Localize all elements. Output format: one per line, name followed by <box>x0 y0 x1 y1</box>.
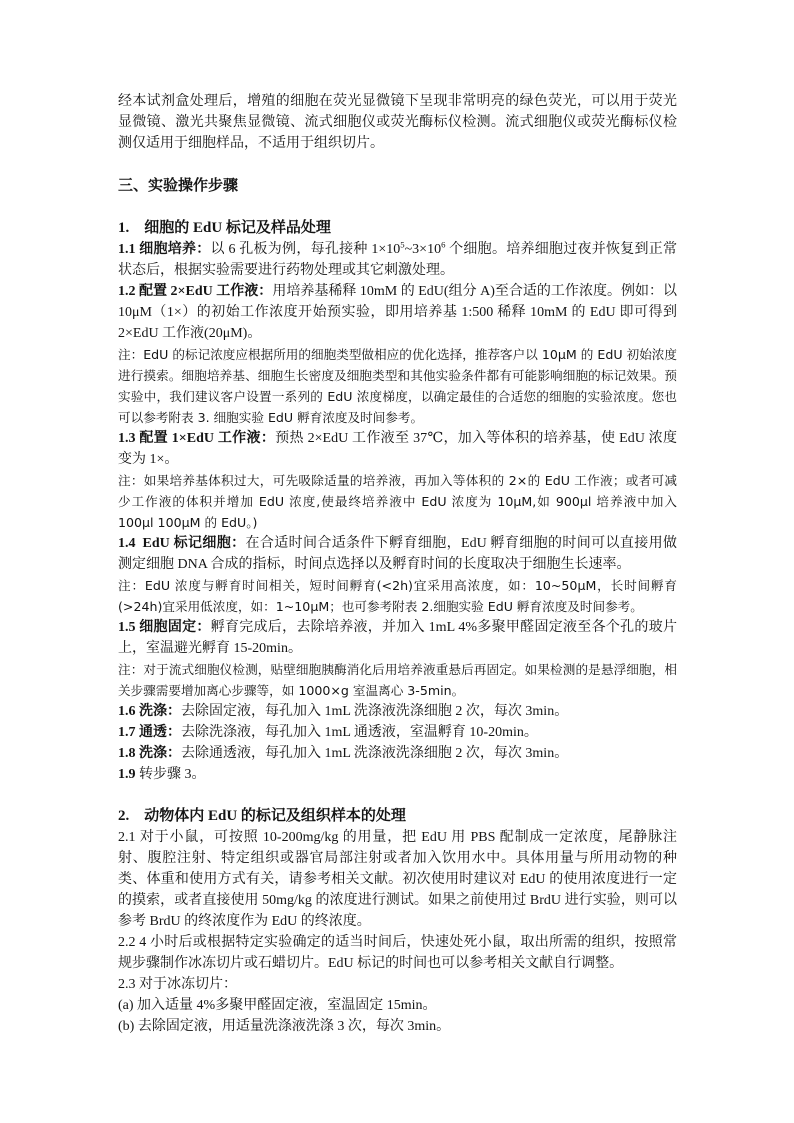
text-run: 以 6 孔板为例，每孔接种 1×10 <box>211 242 401 257</box>
body-paragraph: 2.3 对于冰冻切片： <box>118 974 677 995</box>
body-paragraph: 1.4 EdU 标记细胞：在合适时间合适条件下孵育细胞，EdU 孵育细胞的时间可… <box>118 533 677 575</box>
bold-run: 1.7 通透： <box>118 725 181 740</box>
text-run: (b) 去除固定液，用适量洗涤液洗涤 3 次，每次 3min。 <box>118 1019 450 1034</box>
bold-run: 1.3 配置 1×EdU 工作液： <box>118 431 275 446</box>
text-run: 注：如果培养基体积过大，可先吸除适量的培养液，再加入等体积的 2×的 EdU 工… <box>118 473 677 530</box>
body-paragraph: (b) 去除固定液，用适量洗涤液洗涤 3 次，每次 3min。 <box>118 1016 677 1037</box>
bold-run: 1.1 细胞培养： <box>118 242 211 257</box>
note-paragraph: 注：EdU 的标记浓度应根据所用的细胞类型做相应的优化选择，推荐客户以 10μM… <box>118 344 677 428</box>
document-body: 经本试剂盒处理后，增殖的细胞在荧光显微镜下呈现非常明亮的绿色荧光，可以用于荧光显… <box>118 91 677 1037</box>
bold-run: 三、实验操作步骤 <box>118 178 238 194</box>
text-run: 去除通透液，每孔加入 1mL 洗涤液洗涤细胞 2 次，每次 3min。 <box>181 746 568 761</box>
text-run: 注：EdU 的标记浓度应根据所用的细胞类型做相应的优化选择，推荐客户以 10μM… <box>118 347 677 425</box>
note-paragraph: 注：对于流式细胞仪检测，贴壁细胞胰酶消化后用培养液重悬后再固定。如果检测的是悬浮… <box>118 659 677 701</box>
text-run: 去除固定液，每孔加入 1mL 洗涤液洗涤细胞 2 次，每次 3min。 <box>181 704 568 719</box>
section-heading: 三、实验操作步骤 <box>118 176 677 197</box>
bold-run: 1.6 洗涤： <box>118 704 181 719</box>
subsection-heading: 2. 动物体内 EdU 的标记及组织样本的处理 <box>118 806 677 827</box>
text-run: 去除洗涤液，每孔加入 1mL 通透液，室温孵育 10-20min。 <box>181 725 538 740</box>
body-paragraph: 1.3 配置 1×EdU 工作液：预热 2×EdU 工作液至 37℃，加入等体积… <box>118 428 677 470</box>
body-paragraph: 1.5 细胞固定：孵育完成后，去除培养液，并加入 1mL 4%多聚甲醛固定液至各… <box>118 617 677 659</box>
note-paragraph: 注：EdU 浓度与孵育时间相关，短时间孵育(<2h)宜采用高浓度，如：10~50… <box>118 575 677 617</box>
body-paragraph: 2.1 对于小鼠，可按照 10-200mg/kg 的用量，把 EdU 用 PBS… <box>118 827 677 932</box>
body-paragraph: 2.2 4 小时后或根据特定实验确定的适当时间后，快速处死小鼠，取出所需的组织，… <box>118 932 677 974</box>
text-run: 2.2 4 小时后或根据特定实验确定的适当时间后，快速处死小鼠，取出所需的组织，… <box>118 935 677 971</box>
body-paragraph: 1.8 洗涤：去除通透液，每孔加入 1mL 洗涤液洗涤细胞 2 次，每次 3mi… <box>118 743 677 764</box>
bold-run: 2. 动物体内 EdU 的标记及组织样本的处理 <box>118 808 406 824</box>
body-paragraph: 1.6 洗涤：去除固定液，每孔加入 1mL 洗涤液洗涤细胞 2 次，每次 3mi… <box>118 701 677 722</box>
text-run: 2.1 对于小鼠，可按照 10-200mg/kg 的用量，把 EdU 用 PBS… <box>118 830 677 929</box>
bold-run: 1.2 配置 2×EdU 工作液： <box>118 284 272 299</box>
bold-run: 1.4 EdU 标记细胞： <box>118 536 245 551</box>
text-run: 2.3 对于冰冻切片： <box>118 977 237 992</box>
body-paragraph: 1.2 配置 2×EdU 工作液：用培养基稀释 10mM 的 EdU(组分 A)… <box>118 281 677 344</box>
subsection-heading: 1. 细胞的 EdU 标记及样品处理 <box>118 218 677 239</box>
text-run: (a) 加入适量 4%多聚甲醛固定液，室温固定 15min。 <box>118 998 436 1013</box>
note-paragraph: 注：如果培养基体积过大，可先吸除适量的培养液，再加入等体积的 2×的 EdU 工… <box>118 470 677 533</box>
text-run: 注：对于流式细胞仪检测，贴壁细胞胰酶消化后用培养液重悬后再固定。如果检测的是悬浮… <box>118 662 677 698</box>
text-run: 注：EdU 浓度与孵育时间相关，短时间孵育(<2h)宜采用高浓度，如：10~50… <box>118 578 677 614</box>
text-run: ~3×10 <box>405 242 441 257</box>
bold-run: 1.9 <box>118 767 139 782</box>
bold-run: 1. 细胞的 EdU 标记及样品处理 <box>118 220 331 236</box>
body-paragraph: 1.7 通透：去除洗涤液，每孔加入 1mL 通透液，室温孵育 10-20min。 <box>118 722 677 743</box>
body-paragraph: 经本试剂盒处理后，增殖的细胞在荧光显微镜下呈现非常明亮的绿色荧光，可以用于荧光显… <box>118 91 677 154</box>
body-paragraph: 1.1 细胞培养：以 6 孔板为例，每孔接种 1×105~3×106 个细胞。培… <box>118 239 677 281</box>
text-run: 经本试剂盒处理后，增殖的细胞在荧光显微镜下呈现非常明亮的绿色荧光，可以用于荧光显… <box>118 94 677 151</box>
body-paragraph: 1.9 转步骤 3。 <box>118 764 677 785</box>
text-run: 转步骤 3。 <box>139 767 206 782</box>
bold-run: 1.8 洗涤： <box>118 746 181 761</box>
document-page: 经本试剂盒处理后，增殖的细胞在荧光显微镜下呈现非常明亮的绿色荧光，可以用于荧光显… <box>0 0 794 1123</box>
bold-run: 1.5 细胞固定： <box>118 620 211 635</box>
body-paragraph: (a) 加入适量 4%多聚甲醛固定液，室温固定 15min。 <box>118 995 677 1016</box>
